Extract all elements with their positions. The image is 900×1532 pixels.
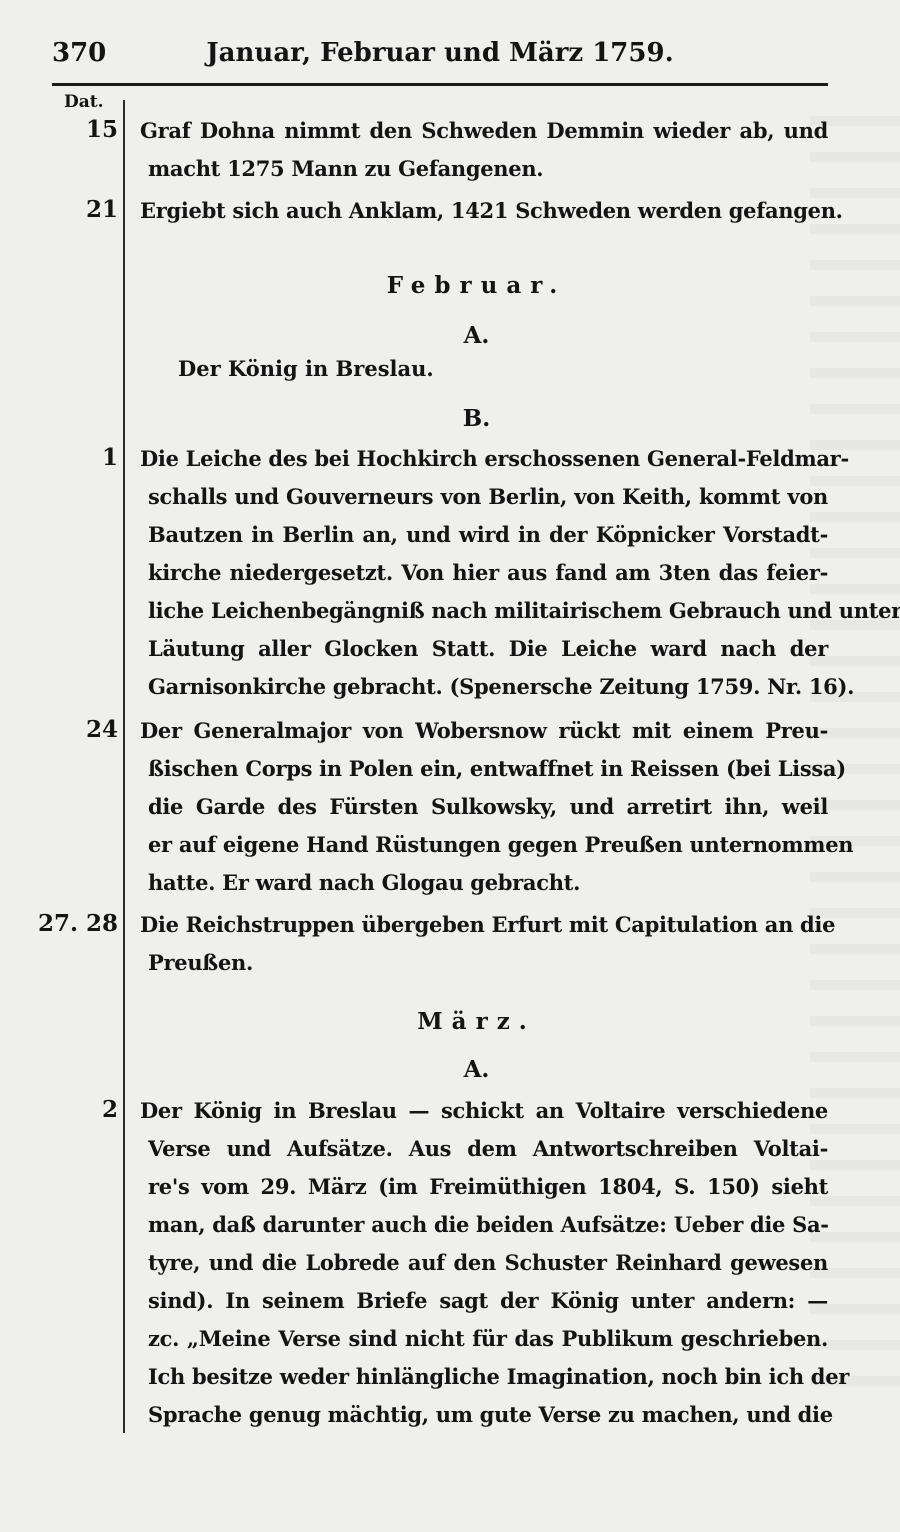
text-line: Garnisonkirche gebracht. (Spenersche Zei…	[148, 674, 828, 699]
text-line: Sprache genug mächtig, um gute Verse zu …	[148, 1402, 828, 1427]
text-line: Bautzen in Berlin an, und wird in der Kö…	[148, 522, 828, 547]
page-title: Januar, Februar und März 1759.	[52, 38, 828, 68]
text-line: hatte. Er ward nach Glogau gebracht.	[148, 870, 828, 895]
date-column-rule	[123, 100, 125, 1433]
text-line: liche Leichenbegängniß nach militairisch…	[148, 598, 828, 623]
text-line: Graf Dohna nimmt den Schweden Demmin wie…	[140, 118, 828, 143]
text-line: Die Leiche des bei Hochkirch erschossene…	[140, 446, 828, 471]
text-line: Verse und Aufsätze. Aus dem Antwortschre…	[148, 1136, 828, 1161]
text-line: man, daß darunter auch die beiden Aufsät…	[148, 1212, 828, 1237]
book-page: 370 Januar, Februar und März 1759. Dat. …	[0, 0, 900, 1532]
section-text: Der König in Breslau.	[178, 356, 434, 381]
text-line: Preußen.	[148, 950, 828, 975]
section-heading-a: A.	[125, 322, 828, 349]
entry-date: 1	[102, 444, 118, 471]
date-column-label: Dat.	[64, 92, 104, 112]
section-heading-b: B.	[125, 405, 828, 432]
text-line: tyre, und die Lobrede auf den Schuster R…	[148, 1250, 828, 1275]
entry-date: 21	[86, 196, 118, 223]
text-line: Die Reichstruppen übergeben Erfurt mit C…	[140, 912, 828, 937]
text-line: zc. „Meine Verse sind nicht für das Publ…	[148, 1326, 828, 1351]
text-line: Der König in Breslau — schickt an Voltai…	[140, 1098, 828, 1123]
entry-date: 2	[102, 1096, 118, 1123]
running-head: 370 Januar, Februar und März 1759.	[52, 38, 828, 78]
text-line: re's vom 29. März (im Freimüthigen 1804,…	[148, 1174, 828, 1199]
text-line: schalls und Gouverneurs von Berlin, von …	[148, 484, 828, 509]
text-line: die Garde des Fürsten Sulkowsky, und arr…	[148, 794, 828, 819]
section-heading-a: A.	[125, 1056, 828, 1083]
text-line: ßischen Corps in Polen ein, entwaffnet i…	[148, 756, 828, 781]
month-heading-maerz: März.	[125, 1008, 828, 1035]
text-line: Ergiebt sich auch Anklam, 1421 Schweden …	[140, 198, 828, 223]
month-heading-februar: Februar.	[125, 272, 828, 299]
text-line: macht 1275 Mann zu Gefangenen.	[148, 156, 828, 181]
entry-date: 27. 28	[38, 910, 118, 937]
text-line: Läutung aller Glocken Statt. Die Leiche …	[148, 636, 828, 661]
entry-date: 15	[86, 116, 118, 143]
text-line: sind). In seinem Briefe sagt der König u…	[148, 1288, 828, 1313]
header-rule	[52, 83, 828, 86]
text-line: Der Generalmajor von Wobersnow rückt mit…	[140, 718, 828, 743]
entry-date: 24	[86, 716, 118, 743]
text-line: kirche niedergesetzt. Von hier aus fand …	[148, 560, 828, 585]
text-line: er auf eigene Hand Rüstungen gegen Preuß…	[148, 832, 828, 857]
text-line: Ich besitze weder hinlängliche Imaginati…	[148, 1364, 828, 1389]
